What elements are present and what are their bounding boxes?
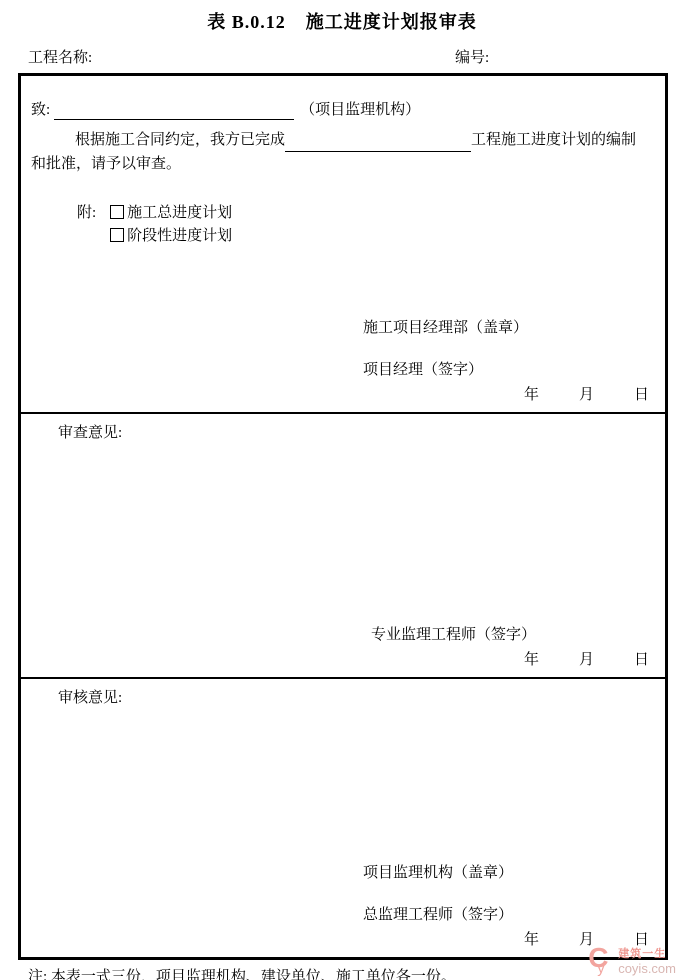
- form-title: 表 B.0.12施工进度计划报审表: [0, 0, 684, 34]
- form-table: 致:（项目监理机构） 根据施工合同约定，我方已完成工程施工进度计划的编制 和批准…: [18, 73, 668, 960]
- watermark-domain: coyis.com: [618, 961, 676, 976]
- day-label: 日: [634, 650, 649, 670]
- attachment-list: 施工总进度计划 阶段性进度计划: [110, 202, 232, 248]
- attachment-block: 附: 施工总进度计划 阶段性进度计划: [77, 202, 665, 248]
- chief-engineer-sign-line: 总监理工程师（签字）: [363, 905, 665, 925]
- plan-name-field[interactable]: [285, 134, 471, 152]
- contractor-seal-line: 施工项目经理部（盖章）: [363, 318, 665, 338]
- attachment-item-total-schedule: 施工总进度计划: [110, 202, 232, 225]
- supervision-org-seal-line: 项目监理机构（盖章）: [363, 863, 665, 883]
- year-label: 年: [524, 385, 539, 405]
- form-title-text: 施工进度计划报审表: [306, 12, 477, 32]
- review-opinion-heading: 审查意见:: [58, 423, 665, 443]
- attachment-item-stage-schedule: 阶段性进度计划: [110, 225, 232, 248]
- year-label: 年: [524, 930, 539, 950]
- section-audit-opinion: 审核意见: 项目监理机构（盖章） 总监理工程师（签字） 年 月 日: [21, 677, 665, 957]
- to-line: 致:（项目监理机构）: [31, 100, 655, 120]
- form-page: { "page": { "title_code": "表 B.0.12", "t…: [0, 0, 684, 980]
- body-line-1: 根据施工合同约定，我方已完成工程施工进度计划的编制: [31, 128, 657, 152]
- body-pre-text: 根据施工合同约定，我方已完成: [75, 132, 285, 148]
- attachment-item-label: 施工总进度计划: [127, 205, 232, 221]
- footer-note: 注: 本表一式三份，项目监理机构、建设单位、施工单位各一份。: [28, 967, 684, 980]
- form-title-code: 表 B.0.12: [207, 12, 286, 32]
- month-label: 月: [579, 650, 594, 670]
- attachment-label: 附:: [77, 202, 96, 248]
- body-post-text: 工程施工进度计划的编制: [471, 132, 636, 148]
- section-spacer: [21, 443, 665, 625]
- body-line-2: 和批准，请予以审查。: [31, 152, 655, 176]
- audit-opinion-heading: 审核意见:: [58, 688, 665, 708]
- day-label: 日: [634, 385, 649, 405]
- coyis-logo-sub: y: [597, 960, 605, 977]
- checkbox-total-schedule-icon[interactable]: [110, 205, 124, 219]
- watermark-text: 建筑一生 coyis.com: [618, 944, 676, 976]
- coyis-logo-icon: C y: [588, 944, 614, 978]
- number-label: 编号:: [455, 46, 489, 67]
- to-suffix: （项目监理机构）: [300, 102, 420, 118]
- contractor-date-line: 年 月 日: [21, 385, 665, 405]
- header-row: 工程名称: 编号:: [28, 46, 668, 66]
- year-label: 年: [524, 650, 539, 670]
- audit-date-line: 年 月 日: [21, 930, 665, 950]
- watermark-brand: 建筑一生: [618, 947, 666, 961]
- to-label: 致:: [31, 102, 50, 118]
- attachment-item-label: 阶段性进度计划: [127, 228, 232, 244]
- month-label: 月: [579, 385, 594, 405]
- section-contractor-request: 致:（项目监理机构） 根据施工合同约定，我方已完成工程施工进度计划的编制 和批准…: [21, 76, 665, 412]
- project-name-label: 工程名称:: [28, 46, 92, 67]
- checkbox-stage-schedule-icon[interactable]: [110, 228, 124, 242]
- watermark: C y 建筑一生 coyis.com: [588, 944, 676, 978]
- section-review-opinion: 审查意见: 专业监理工程师（签字） 年 月 日: [21, 412, 665, 677]
- to-field[interactable]: [54, 102, 294, 120]
- project-manager-sign-line: 项目经理（签字）: [363, 360, 665, 380]
- section-spacer: [21, 708, 665, 863]
- section-spacer: [21, 248, 665, 318]
- supervising-engineer-sign-line: 专业监理工程师（签字）: [371, 625, 665, 645]
- review-date-line: 年 月 日: [21, 650, 665, 670]
